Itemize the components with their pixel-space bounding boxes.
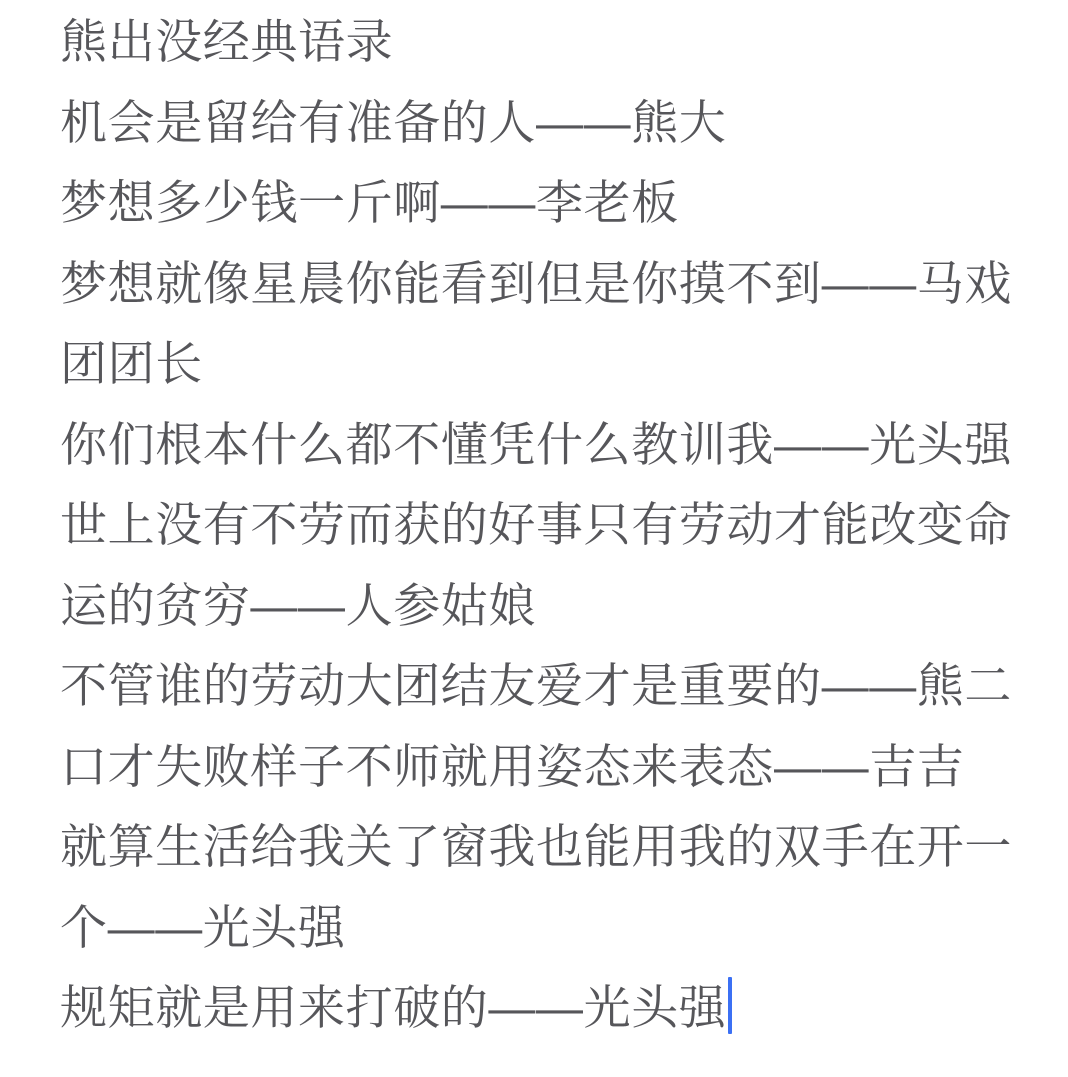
note-text-area[interactable]: 熊出没经典语录机会是留给有准备的人——熊大梦想多少钱一斤啊——李老板梦想就像星晨… [60,2,1028,1049]
text-line-content: 世上没有不劳而获的好事只有劳动才能改变命 [60,498,1012,551]
text-line-content: 梦想就像星晨你能看到但是你摸不到——马戏 [60,257,1012,310]
text-line[interactable]: 世上没有不劳而获的好事只有劳动才能改变命 [60,485,1028,566]
text-line-content: 就算生活给我关了窗我也能用我的双手在开一 [60,820,1012,873]
text-line[interactable]: 你们根本什么都不懂凭什么教训我——光头强 [60,405,1028,486]
text-line-content: 梦想多少钱一斤啊——李老板 [60,176,679,229]
text-line[interactable]: 口才失败样子不师就用姿态来表态——吉吉 [60,727,1028,808]
note-editor[interactable]: 熊出没经典语录机会是留给有准备的人——熊大梦想多少钱一斤啊——李老板梦想就像星晨… [0,0,1068,1077]
text-line-content: 你们根本什么都不懂凭什么教训我——光头强 [60,418,1012,471]
text-line-content: 不管谁的劳动大团结友爱才是重要的——熊二 [60,659,1012,712]
text-line[interactable]: 机会是留给有准备的人——熊大 [60,83,1028,164]
text-line-content: 机会是留给有准备的人——熊大 [60,96,726,149]
text-cursor [728,977,732,1034]
text-line[interactable]: 就算生活给我关了窗我也能用我的双手在开一 [60,807,1028,888]
text-line[interactable]: 运的贫穷——人参姑娘 [60,566,1028,647]
text-line-content: 规矩就是用来打破的——光头强 [60,981,726,1034]
text-line[interactable]: 不管谁的劳动大团结友爱才是重要的——熊二 [60,646,1028,727]
text-line-content: 口才失败样子不师就用姿态来表态——吉吉 [60,740,964,793]
text-line[interactable]: 规矩就是用来打破的——光头强 [60,968,1028,1049]
text-line-content: 熊出没经典语录 [60,15,393,68]
text-line[interactable]: 梦想多少钱一斤啊——李老板 [60,163,1028,244]
text-line-content: 运的贫穷——人参姑娘 [60,579,536,632]
text-line-content: 团团长 [60,337,203,390]
text-line[interactable]: 团团长 [60,324,1028,405]
text-line-content: 个——光头强 [60,901,346,954]
text-line[interactable]: 熊出没经典语录 [60,2,1028,83]
text-line[interactable]: 个——光头强 [60,888,1028,969]
text-line[interactable]: 梦想就像星晨你能看到但是你摸不到——马戏 [60,244,1028,325]
